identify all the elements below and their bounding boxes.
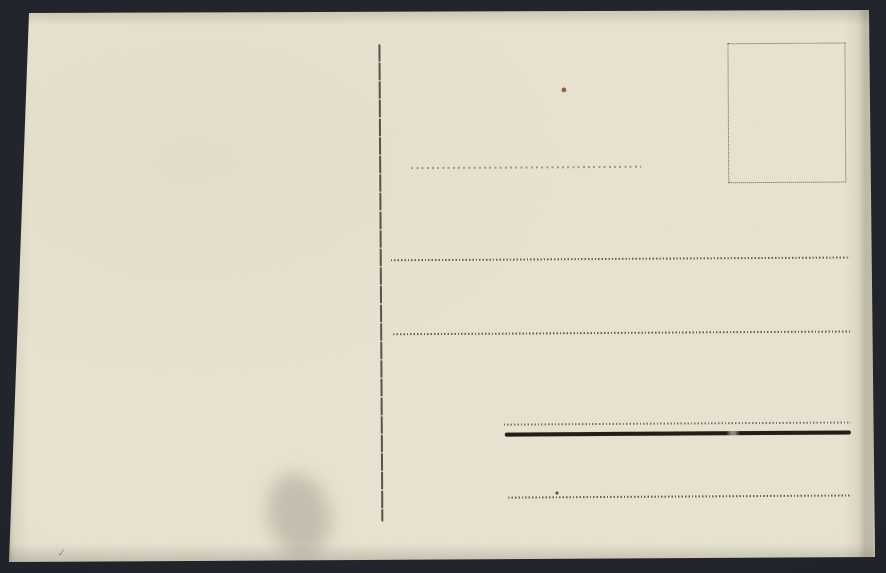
postcard: ✓ [0,0,886,573]
card-edge-shading [0,0,886,573]
scanner-background: ✓ [0,0,886,573]
address-lines [0,0,884,3]
